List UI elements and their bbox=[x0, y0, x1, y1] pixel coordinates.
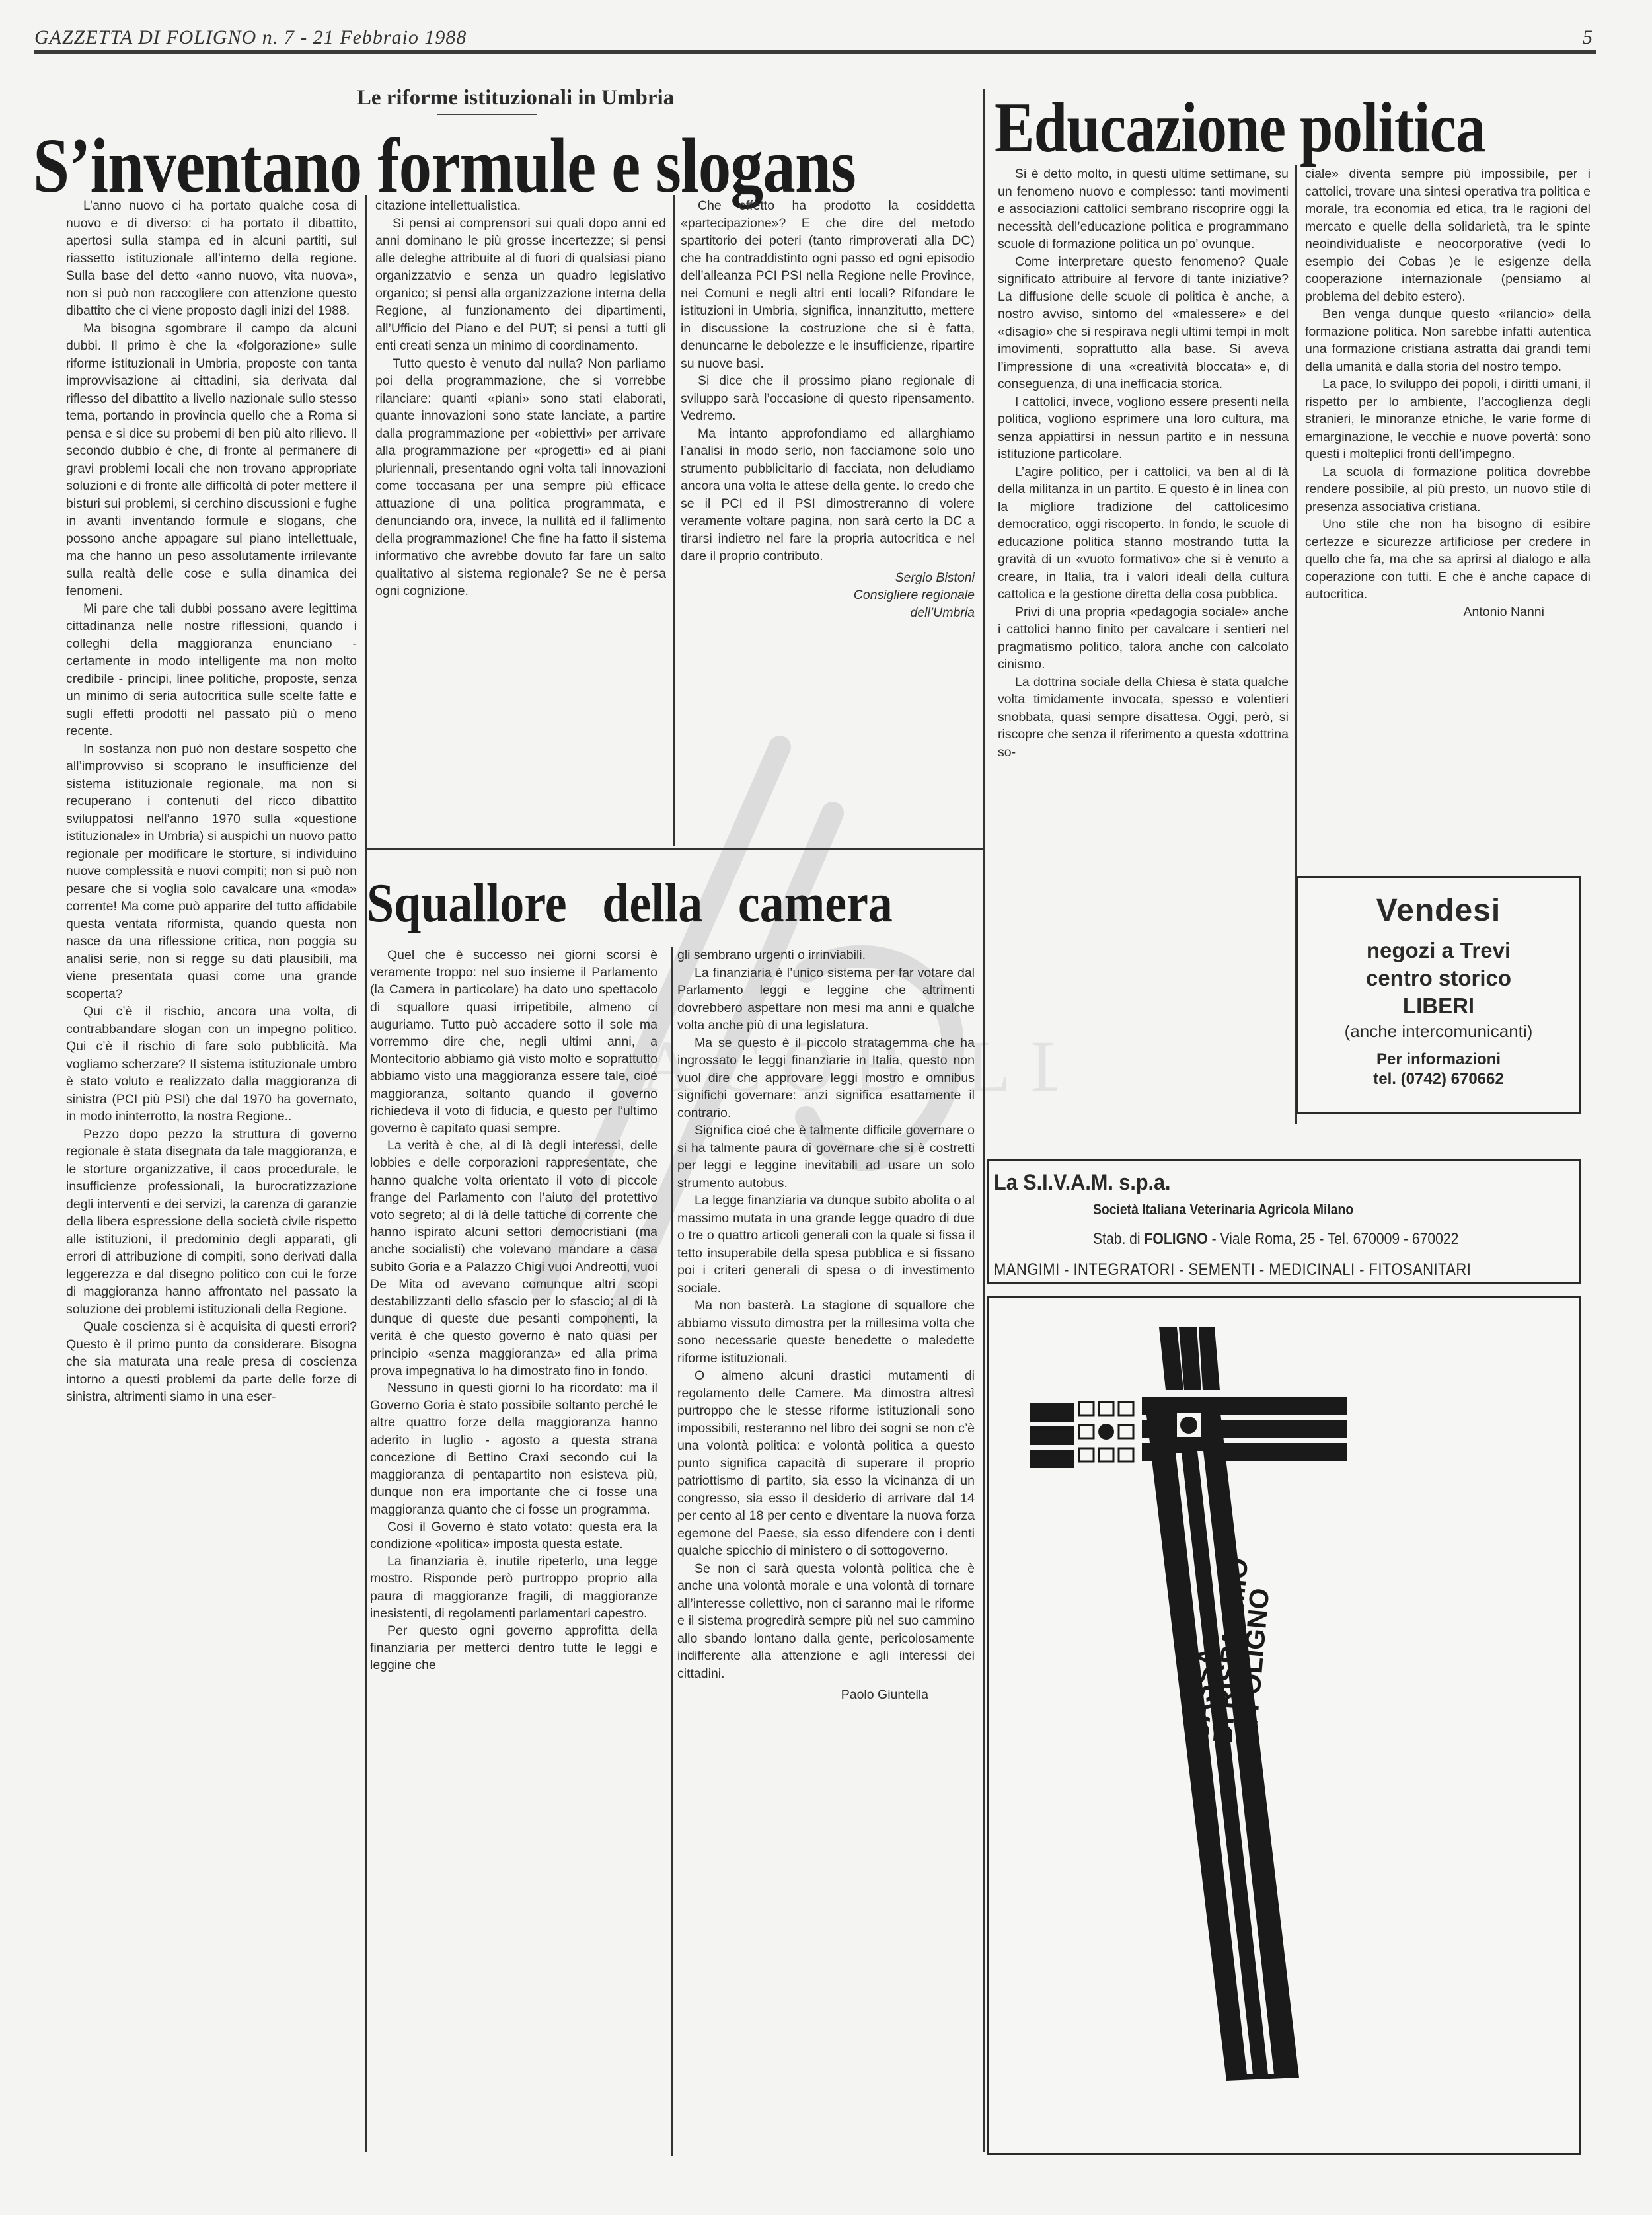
sivam-address: Stab. di FOLIGNO - Viale Roma, 25 - Tel.… bbox=[1093, 1230, 1517, 1249]
paragraph: ciale» diventa sempre più impossibile, p… bbox=[1305, 165, 1591, 305]
paragraph: Pezzo dopo pezzo la struttura di governo… bbox=[66, 1126, 357, 1319]
article1-signature: Sergio Bistoni Consigliere regionale del… bbox=[681, 569, 975, 622]
sivam-address-city: FOLIGNO bbox=[1144, 1230, 1207, 1248]
article3-column-1: Si è detto molto, in questi ultime setti… bbox=[998, 165, 1289, 761]
vendesi-phone: tel. (0742) 670662 bbox=[1298, 1069, 1579, 1089]
paragraph: Si dice che il prossimo piano regionale … bbox=[681, 372, 975, 425]
paragraph: Significa cioé che è talmente difficile … bbox=[677, 1122, 975, 1192]
vendesi-line: LIBERI bbox=[1298, 992, 1579, 1020]
paragraph: Per questo ogni governo approfitta della… bbox=[370, 1622, 657, 1674]
sivam-products: MANGIMI - INTEGRATORI - SEMENTI - MEDICI… bbox=[994, 1261, 1505, 1280]
paragraph: I cattolici, invece, vogliono essere pre… bbox=[998, 393, 1289, 463]
paragraph: Tutto questo è venuto dal nulla? Non par… bbox=[375, 355, 666, 600]
sivam-name: La S.I.V.A.M. s.p.a. bbox=[994, 1170, 1516, 1196]
paragraph: Ma non basterà. La stagione di squallore… bbox=[677, 1297, 975, 1367]
vendesi-line: (anche intercomunicanti) bbox=[1298, 1021, 1579, 1042]
paragraph: Nessuno in questi giorni lo ha ricordato… bbox=[370, 1380, 657, 1518]
cassa-cross-logo-icon bbox=[989, 1298, 1583, 2157]
article1-kicker: Le riforme istituzionali in Umbria bbox=[59, 86, 971, 110]
vendesi-line: negozi a Trevi bbox=[1298, 937, 1579, 964]
sivam-subtitle: Società Italiana Veterinaria Agricola Mi… bbox=[1093, 1201, 1517, 1218]
sivam-address-prefix: Stab. di bbox=[1093, 1230, 1144, 1248]
cassa-logo-text: CASSA DI RISPARMIO DI FOLIGNO bbox=[1187, 1555, 1274, 1746]
paragraph: Come interpretare questo fenomeno? Quale… bbox=[998, 253, 1289, 393]
masthead: GAZZETTA DI FOLIGNO n. 7 - 21 Febbraio 1… bbox=[34, 26, 467, 49]
paragraph: Si pensi ai comprensori sui quali dopo a… bbox=[375, 215, 666, 355]
paragraph: Mi pare che tali dubbi possano avere leg… bbox=[66, 600, 357, 740]
paragraph: Ma intanto approfondiamo ed allarghiamo … bbox=[681, 425, 975, 565]
paragraph: citazione intellettualistica. bbox=[375, 197, 666, 215]
paragraph: Ma bisogna sgombrare il campo da alcuni … bbox=[66, 320, 357, 600]
paragraph: Se non ci sarà questa volontà politica c… bbox=[677, 1560, 975, 1683]
kicker-rule bbox=[437, 114, 537, 115]
paragraph: La dottrina sociale della Chiesa è stata… bbox=[998, 674, 1289, 761]
vendesi-info: Per informazioni bbox=[1298, 1050, 1579, 1069]
paragraph: La finanziaria è, inutile ripeterlo, una… bbox=[370, 1553, 657, 1622]
paragraph: La legge finanziaria va dunque subito ab… bbox=[677, 1192, 975, 1297]
paragraph: gli sembrano urgenti o irrinviabili. bbox=[677, 947, 975, 964]
paragraph: L’anno nuovo ci ha portato qualche cosa … bbox=[66, 197, 357, 320]
sivam-ad: La S.I.V.A.M. s.p.a. Società Italiana Ve… bbox=[987, 1159, 1581, 1284]
section-divider bbox=[367, 848, 985, 850]
cassa-risparmio-ad: CASSA DI RISPARMIO DI FOLIGNO bbox=[987, 1296, 1581, 2155]
paragraph: Quel che è successo nei giorni scorsi è … bbox=[370, 947, 657, 1137]
article3-column-2: ciale» diventa sempre più impossibile, p… bbox=[1305, 165, 1591, 621]
vendesi-ad: Vendesi negozi a Trevi centro storico LI… bbox=[1296, 876, 1581, 1114]
signature-region: dell’Umbria bbox=[681, 604, 975, 622]
article3-headline: Educazione politica bbox=[995, 87, 1485, 169]
paragraph: Uno stile che non ha bisogno di esibire … bbox=[1305, 516, 1591, 603]
paragraph: Così il Governo è stato votato: questa e… bbox=[370, 1518, 657, 1553]
column-divider bbox=[983, 89, 985, 2152]
article1-column-1: L’anno nuovo ci ha portato qualche cosa … bbox=[66, 197, 357, 1406]
sivam-address-rest: - Viale Roma, 25 - Tel. 670009 - 670022 bbox=[1208, 1230, 1459, 1248]
paragraph: Ma se questo è il piccolo stratagemma ch… bbox=[677, 1034, 975, 1122]
page-number: 5 bbox=[1583, 26, 1593, 49]
article1-column-3: Che effetto ha prodotto la cosiddetta «p… bbox=[681, 197, 975, 621]
paragraph: Ben venga dunque questo «rilancio» della… bbox=[1305, 305, 1591, 375]
signature-name: Sergio Bistoni bbox=[681, 569, 975, 587]
paragraph: La pace, lo sviluppo dei popoli, i dirit… bbox=[1305, 375, 1591, 463]
column-divider bbox=[673, 195, 675, 846]
paragraph: O almeno alcuni drastici mutamenti di re… bbox=[677, 1367, 975, 1560]
vendesi-title: Vendesi bbox=[1298, 892, 1579, 929]
paragraph: Quale coscienza si è acquisita di questi… bbox=[66, 1318, 357, 1406]
paragraph: L’agire politico, per i cattolici, va be… bbox=[998, 463, 1289, 603]
signature-role: Consigliere regionale bbox=[681, 586, 975, 604]
article1-column-2: citazione intellettualistica. Si pensi a… bbox=[375, 197, 666, 600]
paragraph: Si è detto molto, in questi ultime setti… bbox=[998, 165, 1289, 253]
paragraph: La scuola di formazione politica dovrebb… bbox=[1305, 463, 1591, 516]
paragraph: La finanziaria è l’unico sistema per far… bbox=[677, 964, 975, 1034]
column-divider bbox=[365, 195, 367, 2152]
header-rule bbox=[34, 50, 1596, 54]
column-divider bbox=[671, 947, 673, 2156]
article2-signature: Paolo Giuntella bbox=[677, 1686, 975, 1704]
paragraph: Qui c’è il rischio, ancora una volta, di… bbox=[66, 1003, 357, 1126]
paragraph: La verità è che, al di là degli interess… bbox=[370, 1137, 657, 1380]
paragraph: Privi di una propria «pedagogia sociale»… bbox=[998, 603, 1289, 674]
article2-column-1: Quel che è successo nei giorni scorsi è … bbox=[370, 947, 657, 1674]
paragraph: Che effetto ha prodotto la cosiddetta «p… bbox=[681, 197, 975, 372]
article2-headline: Squallore della camera bbox=[367, 871, 893, 935]
paragraph: In sostanza non può non destare sospetto… bbox=[66, 740, 357, 1003]
article3-signature: Antonio Nanni bbox=[1305, 603, 1591, 621]
article2-column-2: gli sembrano urgenti o irrinviabili.La f… bbox=[677, 947, 975, 1704]
vendesi-line: centro storico bbox=[1298, 964, 1579, 992]
